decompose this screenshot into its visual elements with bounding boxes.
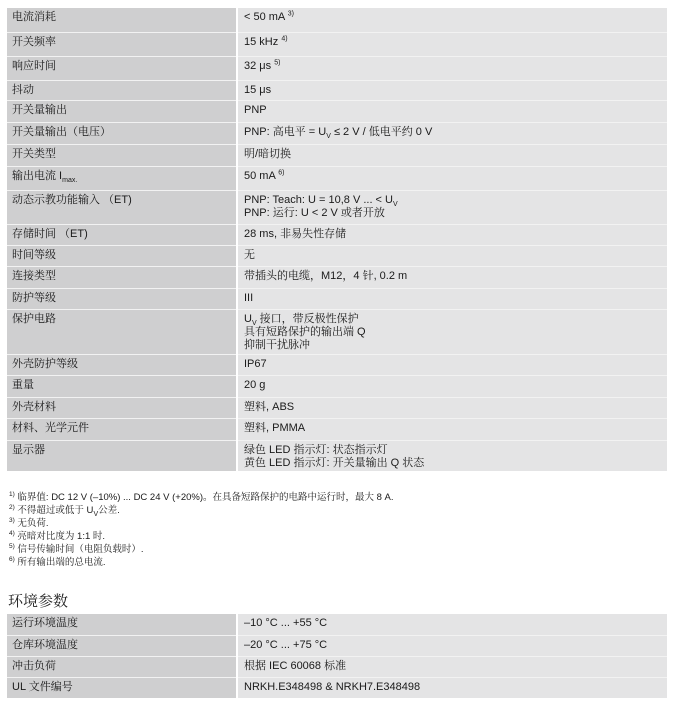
- spec-label-text: 响应时间: [12, 60, 56, 72]
- spec-value: PNP: 高电平 = UV ≤ 2 V / 低电平约 0 V: [237, 122, 667, 144]
- footnote-mark: 5): [9, 543, 15, 550]
- spec-label-text: 时间等级: [12, 249, 56, 261]
- spec-row: 抖动15 μs: [7, 80, 667, 100]
- spec-row: 重量20 g: [7, 375, 667, 397]
- spec-value: 绿色 LED 指示灯: 状态指示灯黄色 LED 指示灯: 开关量输出 Q 状态: [237, 440, 667, 471]
- spec-value-text: 无: [244, 249, 255, 261]
- spec-label: 开关量输出: [7, 100, 237, 122]
- spec-value-text: 50 mA: [244, 170, 275, 182]
- footnote-mark: 1): [9, 491, 15, 498]
- spec-value-line: PNP: Teach: U = 10,8 V ... < UV: [244, 194, 667, 207]
- spec-value-text: PNP: 运行: U < 2 V 或者开放: [244, 207, 385, 219]
- footnote: 2) 不得超过或低于 UV公差.: [9, 504, 394, 517]
- spec-label-text: 重量: [12, 379, 34, 391]
- footnote-text: 临界值: DC 12 V (–10%) ... DC 24 V (+20%)。在…: [17, 492, 393, 503]
- spec-row: 外壳材料塑料, ABS: [7, 397, 667, 418]
- spec-row: 开关量输出（电压）PNP: 高电平 = UV ≤ 2 V / 低电平约 0 V: [7, 122, 667, 144]
- footnote-text: 亮暗对比度为 1:1 时.: [17, 531, 105, 542]
- spec-label: 开关频率: [7, 32, 237, 56]
- environment-label: UL 文件编号: [7, 677, 237, 698]
- spec-row: 外壳防护等级IP67: [7, 354, 667, 375]
- spec-row: 电流消耗< 50 mA 3): [7, 8, 667, 32]
- spec-label: 保护电路: [7, 309, 237, 354]
- spec-row: 响应时间32 μs 5): [7, 56, 667, 80]
- spec-row: 材料、光学元件塑料, PMMA: [7, 418, 667, 440]
- environment-table: 运行环境温度–10 °C ... +55 °C仓库环境温度–20 °C ... …: [7, 614, 667, 698]
- spec-value-text: III: [244, 292, 253, 304]
- spec-label: 抖动: [7, 80, 237, 100]
- spec-label-text: 连接类型: [12, 270, 56, 282]
- spec-label-text: 保护电路: [12, 313, 56, 325]
- spec-value: 带插头的电缆，M12，4 针, 0.2 m: [237, 266, 667, 288]
- spec-value-text: 接口，带反极性保护: [257, 313, 359, 325]
- spec-label-text: 防护等级: [12, 292, 56, 304]
- footnote: 6) 所有输出端的总电流.: [9, 556, 394, 569]
- spec-value: 明/暗切换: [237, 144, 667, 166]
- footnote-ref: 3): [288, 10, 294, 17]
- spec-value: 50 mA 6): [237, 166, 667, 190]
- spec-value-text: 明/暗切换: [244, 148, 291, 160]
- spec-value-text: 20 g: [244, 379, 265, 391]
- spec-row: 连接类型带插头的电缆，M12，4 针, 0.2 m: [7, 266, 667, 288]
- spec-value-text: < 50 mA: [244, 11, 285, 23]
- spec-label-text: 存储时间 （ET): [12, 228, 88, 240]
- spec-label-text: 开关量输出（电压）: [12, 126, 111, 138]
- spec-value: 28 ms, 非易失性存储: [237, 224, 667, 245]
- spec-value-text: U: [244, 313, 252, 325]
- spec-value-text: 32 μs: [244, 60, 271, 72]
- footnote-text: 无负荷.: [17, 518, 48, 529]
- spec-value: 塑料, ABS: [237, 397, 667, 418]
- spec-value-line: 绿色 LED 指示灯: 状态指示灯: [244, 444, 667, 457]
- footnote: 3) 无负荷.: [9, 517, 394, 530]
- spec-value-text: PNP: [244, 104, 267, 116]
- spec-value: 32 μs 5): [237, 56, 667, 80]
- spec-row: 输出电流 Imax.50 mA 6): [7, 166, 667, 190]
- footnote-mark: 6): [9, 556, 15, 563]
- spec-value-text: 塑料, PMMA: [244, 422, 305, 434]
- footnote-mark: 4): [9, 530, 15, 537]
- spec-label: 电流消耗: [7, 8, 237, 32]
- spec-row: 显示器绿色 LED 指示灯: 状态指示灯黄色 LED 指示灯: 开关量输出 Q …: [7, 440, 667, 471]
- spec-label-text: 开关类型: [12, 148, 56, 160]
- footnote-text: 信号传输时间（电阻负载时）.: [17, 544, 143, 555]
- environment-value: –20 °C ... +75 °C: [237, 635, 667, 656]
- spec-label-text: 外壳防护等级: [12, 358, 78, 370]
- spec-value: III: [237, 288, 667, 309]
- spec-value: < 50 mA 3): [237, 8, 667, 32]
- environment-label: 仓库环境温度: [7, 635, 237, 656]
- spec-value: 无: [237, 245, 667, 266]
- label-subscript: max.: [62, 177, 77, 184]
- value-subscript: V: [393, 201, 398, 208]
- footnote: 5) 信号传输时间（电阻负载时）.: [9, 543, 394, 556]
- spec-label: 外壳材料: [7, 397, 237, 418]
- spec-value-text: 具有短路保护的输出端 Q: [244, 326, 366, 338]
- environment-row: 仓库环境温度–20 °C ... +75 °C: [7, 635, 667, 656]
- spec-value: UV 接口，带反极性保护具有短路保护的输出端 Q抑制干扰脉冲: [237, 309, 667, 354]
- footnote-text: 不得超过或低于 U: [17, 505, 93, 516]
- spec-value-text: 抑制干扰脉冲: [244, 339, 310, 351]
- footnote-ref: 6): [278, 169, 284, 176]
- spec-label: 时间等级: [7, 245, 237, 266]
- spec-label-text: 输出电流 I: [12, 170, 62, 182]
- spec-row: 开关类型明/暗切换: [7, 144, 667, 166]
- spec-value: IP67: [237, 354, 667, 375]
- spec-row: 保护电路UV 接口，带反极性保护具有短路保护的输出端 Q抑制干扰脉冲: [7, 309, 667, 354]
- spec-value-text: 15 kHz: [244, 36, 278, 48]
- environment-value: –10 °C ... +55 °C: [237, 614, 667, 635]
- spec-label-text: 外壳材料: [12, 401, 56, 413]
- spec-label: 外壳防护等级: [7, 354, 237, 375]
- spec-value-line: 具有短路保护的输出端 Q: [244, 326, 667, 339]
- spec-row: 防护等级III: [7, 288, 667, 309]
- spec-row: 时间等级无: [7, 245, 667, 266]
- spec-row: 开关频率15 kHz 4): [7, 32, 667, 56]
- spec-label: 开关量输出（电压）: [7, 122, 237, 144]
- spec-value-line: 黄色 LED 指示灯: 开关量输出 Q 状态: [244, 457, 667, 470]
- spec-value-text: 塑料, ABS: [244, 401, 294, 413]
- footnote: 4) 亮暗对比度为 1:1 时.: [9, 530, 394, 543]
- spec-label: 连接类型: [7, 266, 237, 288]
- spec-label-text: 抖动: [12, 84, 34, 96]
- spec-label: 响应时间: [7, 56, 237, 80]
- spec-value-text: ≤ 2 V / 低电平约 0 V: [331, 126, 432, 138]
- spec-label-text: 开关量输出: [12, 104, 67, 116]
- spec-label: 动态示教功能输入 （ET): [7, 190, 237, 224]
- spec-row: 开关量输出PNP: [7, 100, 667, 122]
- footnote-mark: 2): [9, 504, 15, 511]
- spec-label: 开关类型: [7, 144, 237, 166]
- specs-table: 电流消耗< 50 mA 3)开关频率15 kHz 4)响应时间32 μs 5)抖…: [7, 8, 667, 471]
- spec-row: 动态示教功能输入 （ET)PNP: Teach: U = 10,8 V ... …: [7, 190, 667, 224]
- environment-value: 根据 IEC 60068 标准: [237, 656, 667, 677]
- spec-value: 塑料, PMMA: [237, 418, 667, 440]
- spec-label: 输出电流 Imax.: [7, 166, 237, 190]
- spec-label: 显示器: [7, 440, 237, 471]
- spec-value-text: 28 ms, 非易失性存储: [244, 228, 346, 240]
- spec-label-text: 开关频率: [12, 36, 56, 48]
- spec-row: 存储时间 （ET)28 ms, 非易失性存储: [7, 224, 667, 245]
- spec-value-line: PNP: 运行: U < 2 V 或者开放: [244, 207, 667, 220]
- footnote-text: 公差.: [98, 505, 120, 516]
- spec-label: 防护等级: [7, 288, 237, 309]
- spec-value-line: 抑制干扰脉冲: [244, 339, 667, 352]
- spec-value-text: IP67: [244, 358, 267, 370]
- spec-value-text: PNP: 高电平 = U: [244, 126, 326, 138]
- spec-value: 15 μs: [237, 80, 667, 100]
- spec-value-text: 黄色 LED 指示灯: 开关量输出 Q 状态: [244, 457, 424, 469]
- footnote: 1) 临界值: DC 12 V (–10%) ... DC 24 V (+20%…: [9, 491, 394, 504]
- spec-value: 20 g: [237, 375, 667, 397]
- environment-label: 运行环境温度: [7, 614, 237, 635]
- environment-row: UL 文件编号NRKH.E348498 & NRKH7.E348498: [7, 677, 667, 698]
- spec-label-text: 动态示教功能输入 （ET): [12, 194, 132, 206]
- spec-value-text: 带插头的电缆，M12，4 针, 0.2 m: [244, 270, 407, 282]
- environment-value: NRKH.E348498 & NRKH7.E348498: [237, 677, 667, 698]
- footnotes: 1) 临界值: DC 12 V (–10%) ... DC 24 V (+20%…: [9, 491, 394, 569]
- environment-section-title: 环境参数: [8, 590, 68, 611]
- spec-value-line: UV 接口，带反极性保护: [244, 313, 667, 326]
- spec-value: PNP: Teach: U = 10,8 V ... < UVPNP: 运行: …: [237, 190, 667, 224]
- spec-value: 15 kHz 4): [237, 32, 667, 56]
- environment-row: 运行环境温度–10 °C ... +55 °C: [7, 614, 667, 635]
- spec-label-text: 材料、光学元件: [12, 422, 89, 434]
- spec-label: 材料、光学元件: [7, 418, 237, 440]
- spec-label-text: 电流消耗: [12, 11, 56, 23]
- footnote-mark: 3): [9, 517, 15, 524]
- spec-value: PNP: [237, 100, 667, 122]
- spec-label: 重量: [7, 375, 237, 397]
- footnote-ref: 5): [274, 59, 280, 66]
- spec-label: 存储时间 （ET): [7, 224, 237, 245]
- footnote-text: 所有输出端的总电流.: [17, 557, 105, 568]
- footnote-ref: 4): [281, 35, 287, 42]
- spec-label-text: 显示器: [12, 444, 45, 456]
- environment-label: 冲击负荷: [7, 656, 237, 677]
- spec-value-text: 绿色 LED 指示灯: 状态指示灯: [244, 444, 388, 456]
- spec-value-text: PNP: Teach: U = 10,8 V ... < U: [244, 194, 393, 206]
- spec-value-text: 15 μs: [244, 84, 271, 96]
- environment-row: 冲击负荷根据 IEC 60068 标准: [7, 656, 667, 677]
